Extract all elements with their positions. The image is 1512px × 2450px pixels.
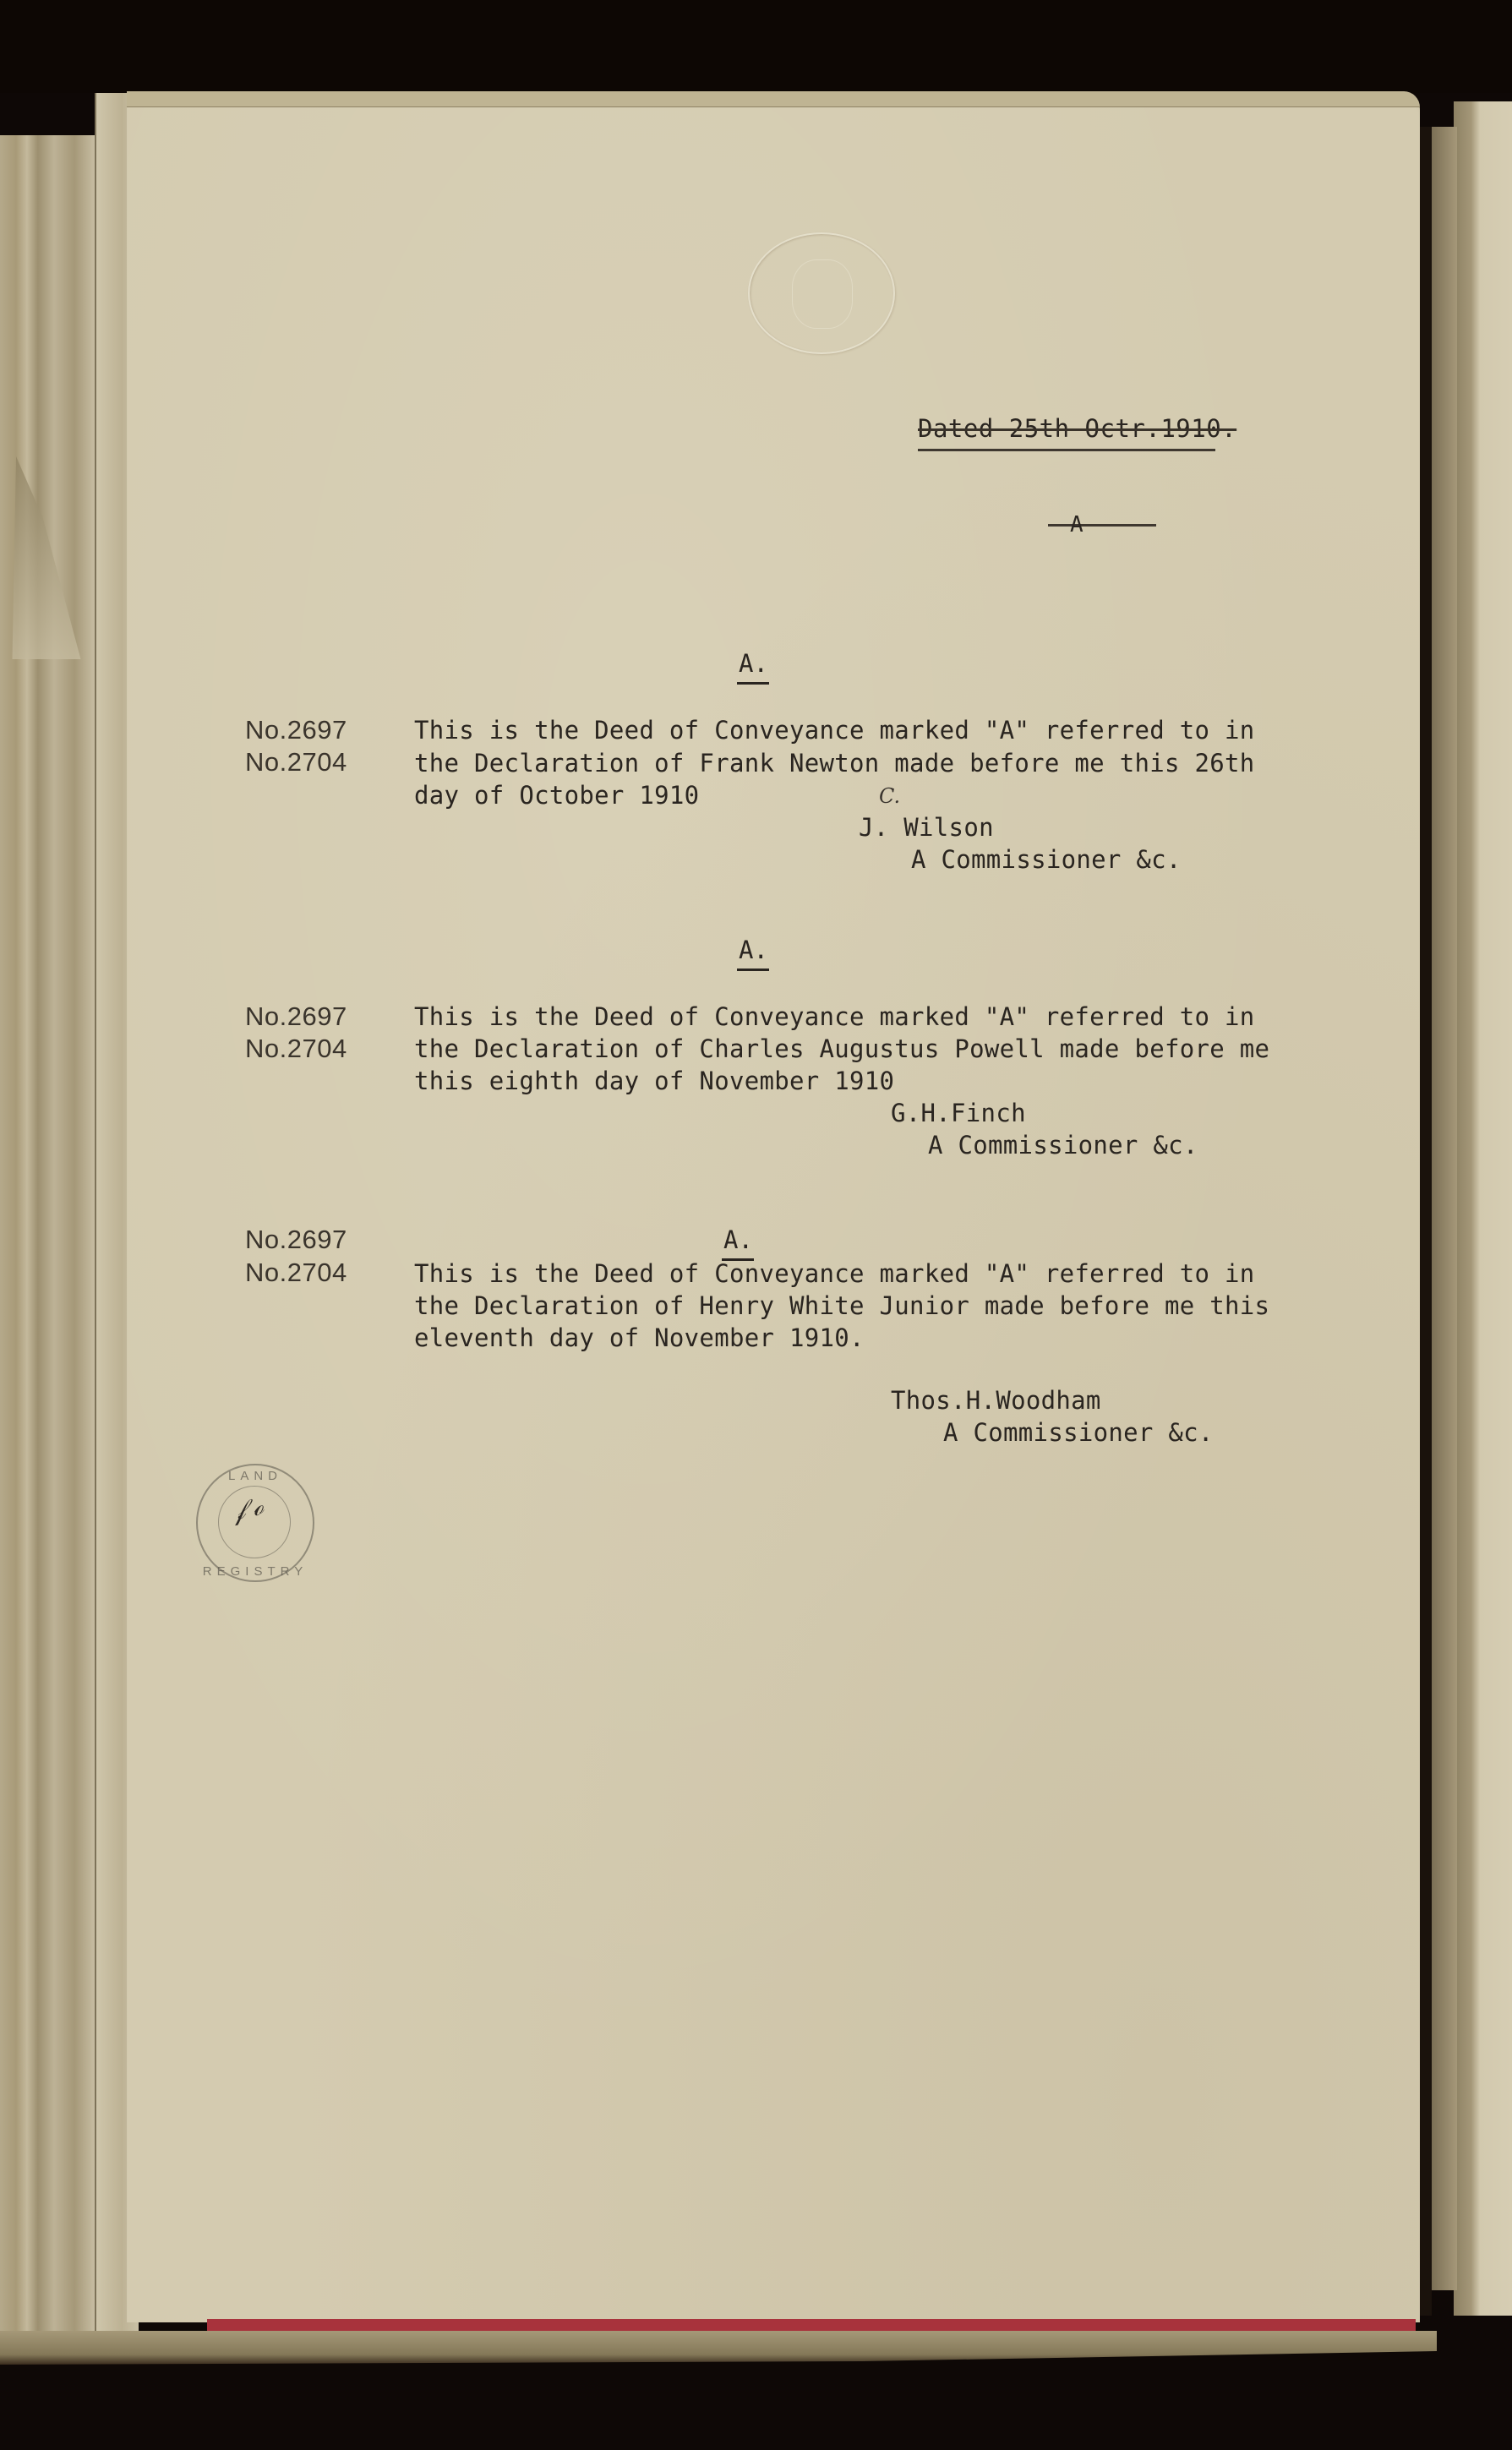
right-facing-page	[1454, 101, 1512, 2316]
section-heading-A-1: A.	[739, 649, 768, 678]
dated-line-struck: Dated 25th Octr.1910.	[918, 414, 1236, 443]
signatory-name: G.H.Finch	[891, 1097, 1026, 1130]
signatory-title: A Commissioner &c.	[928, 1129, 1198, 1162]
gutter-shadow	[1432, 127, 1457, 2290]
embossed-seal	[748, 232, 895, 354]
reference-number: No.2704	[245, 746, 347, 778]
declaration-line: day of October 1910	[414, 779, 699, 812]
signatory-title: A Commissioner &c.	[911, 843, 1182, 876]
land-registry-stamp: LAND 𝒻 ℴ REGISTRY	[196, 1464, 314, 1582]
declaration-line: This is the Deed of Conveyance marked "A…	[414, 1258, 1255, 1290]
section-heading-A-3: A.	[723, 1225, 753, 1254]
declaration-line: eleventh day of November 1910.	[414, 1322, 865, 1355]
page-gutter	[1418, 127, 1432, 2316]
stamp-text-bottom: REGISTRY	[198, 1564, 313, 1579]
reference-number: No.2704	[245, 1033, 347, 1065]
struck-A-mark: A	[1070, 512, 1084, 537]
reference-number: No.2697	[245, 714, 347, 746]
declaration-line: the Declaration of Henry White Junior ma…	[414, 1290, 1269, 1323]
stamp-handwritten-mark: 𝒻 ℴ	[231, 1492, 266, 1527]
declaration-line: This is the Deed of Conveyance marked "A…	[414, 1001, 1255, 1034]
declaration-line: this eighth day of November 1910	[414, 1065, 894, 1098]
struck-A-line	[1048, 524, 1156, 527]
handwritten-initial: C.	[879, 784, 900, 808]
bottom-page-stack	[0, 2331, 1437, 2365]
signatory-name: Thos.H.Woodham	[891, 1384, 1101, 1417]
declaration-line: the Declaration of Frank Newton made bef…	[414, 747, 1255, 780]
background-top	[0, 0, 1512, 93]
reference-number: No.2697	[245, 1224, 347, 1256]
stamp-text-top: LAND	[198, 1469, 313, 1483]
page-top-edge	[127, 91, 1420, 107]
red-page-edge	[207, 2319, 1416, 2331]
signatory-title: A Commissioner &c.	[943, 1416, 1214, 1449]
signatory-name: J. Wilson	[859, 811, 994, 844]
section-heading-A-2: A.	[739, 936, 768, 964]
declaration-line: This is the Deed of Conveyance marked "A…	[414, 714, 1255, 747]
reference-number: No.2704	[245, 1257, 347, 1289]
reference-number: No.2697	[245, 1001, 347, 1033]
declaration-line: the Declaration of Charles Augustus Powe…	[414, 1033, 1269, 1066]
dated-line-underline	[918, 449, 1215, 451]
